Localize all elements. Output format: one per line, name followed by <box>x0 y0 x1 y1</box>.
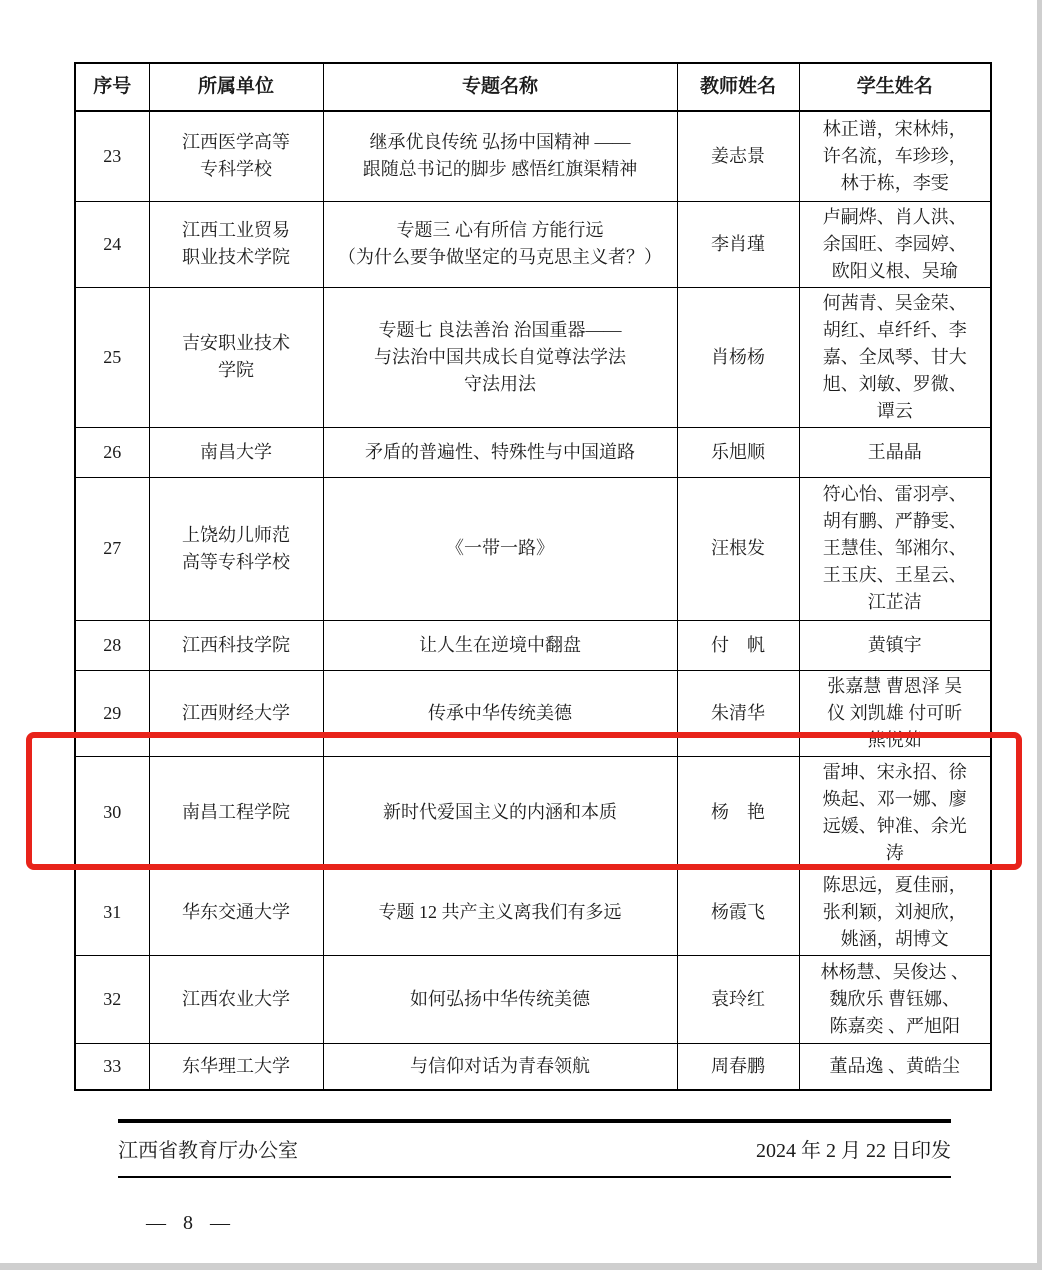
cell-unit: 江西医学高等 专科学校 <box>149 111 323 201</box>
cell-teacher: 付 帆 <box>677 620 799 670</box>
cell-students: 董品逸 、黄皓尘 <box>799 1043 991 1090</box>
table-row: 25 吉安职业技术 学院 专题七 良法善治 治国重器—— 与法治中国共成长自觉尊… <box>75 287 991 427</box>
cell-unit: 东华理工大学 <box>149 1043 323 1090</box>
table-row: 26 南昌大学 矛盾的普遍性、特殊性与中国道路 乐旭顺 王晶晶 <box>75 427 991 477</box>
cell-teacher: 姜志景 <box>677 111 799 201</box>
cell-no: 28 <box>75 620 149 670</box>
page-number: — 8 — <box>146 1212 232 1235</box>
col-header-students: 学生姓名 <box>799 63 991 111</box>
cell-unit: 江西农业大学 <box>149 955 323 1043</box>
cell-unit: 南昌大学 <box>149 427 323 477</box>
col-header-unit: 所属单位 <box>149 63 323 111</box>
cell-unit: 华东交通大学 <box>149 869 323 955</box>
table-row: 31 华东交通大学 专题 12 共产主义离我们有多远 杨霞飞 陈思远，夏佳丽， … <box>75 869 991 955</box>
col-header-no: 序号 <box>75 63 149 111</box>
award-table: 序号 所属单位 专题名称 教师姓名 学生姓名 23 江西医学高等 专科学校 继承… <box>74 62 992 1091</box>
cell-no: 27 <box>75 477 149 620</box>
cell-no: 32 <box>75 955 149 1043</box>
cell-teacher: 肖杨杨 <box>677 287 799 427</box>
table-row: 27 上饶幼儿师范 高等专科学校 《一带一路》 汪根发 符心怡、雷羽亭、 胡有鹏… <box>75 477 991 620</box>
cell-teacher: 袁玲红 <box>677 955 799 1043</box>
footer-rule-thick <box>118 1119 951 1123</box>
cell-no: 25 <box>75 287 149 427</box>
cell-students: 黄镇宇 <box>799 620 991 670</box>
cell-topic: 《一带一路》 <box>323 477 677 620</box>
cell-no: 31 <box>75 869 149 955</box>
cell-no: 24 <box>75 201 149 287</box>
cell-topic: 专题三 心有所信 方能行远 （为什么要争做坚定的马克思主义者？） <box>323 201 677 287</box>
cell-teacher: 李肖瑾 <box>677 201 799 287</box>
table-row: 28 江西科技学院 让人生在逆境中翻盘 付 帆 黄镇宇 <box>75 620 991 670</box>
cell-students: 卢嗣烨、肖人洪、 余国旺、李园婷、 欧阳义根、吴瑜 <box>799 201 991 287</box>
cell-topic: 专题 12 共产主义离我们有多远 <box>323 869 677 955</box>
cell-topic: 与信仰对话为青春领航 <box>323 1043 677 1090</box>
cell-no: 26 <box>75 427 149 477</box>
cell-topic: 让人生在逆境中翻盘 <box>323 620 677 670</box>
cell-unit: 江西科技学院 <box>149 620 323 670</box>
cell-students: 王晶晶 <box>799 427 991 477</box>
cell-students: 何茜青、吴金荣、 胡红、卓纤纤、李 嘉、全凤琴、甘大 旭、刘敏、罗微、 谭云 <box>799 287 991 427</box>
cell-topic: 专题七 良法善治 治国重器—— 与法治中国共成长自觉尊法学法 守法用法 <box>323 287 677 427</box>
cell-unit: 吉安职业技术 学院 <box>149 287 323 427</box>
page-edge-bottom <box>0 1263 1042 1270</box>
cell-students: 陈思远，夏佳丽， 张利颖，刘昶欣， 姚涵，胡博文 <box>799 869 991 955</box>
footer: 江西省教育厅办公室 2024 年 2 月 22 日印发 <box>118 1134 951 1163</box>
cell-teacher: 乐旭顺 <box>677 427 799 477</box>
cell-students: 符心怡、雷羽亭、 胡有鹏、严静雯、 王慧佳、邹湘尔、 王玉庆、王星云、 江芷洁 <box>799 477 991 620</box>
cell-unit: 上饶幼儿师范 高等专科学校 <box>149 477 323 620</box>
cell-teacher: 杨霞飞 <box>677 869 799 955</box>
footer-office: 江西省教育厅办公室 <box>118 1134 298 1163</box>
cell-unit: 江西工业贸易 职业技术学院 <box>149 201 323 287</box>
col-header-teacher: 教师姓名 <box>677 63 799 111</box>
footer-rule-thin <box>118 1176 951 1178</box>
document-page: 序号 所属单位 专题名称 教师姓名 学生姓名 23 江西医学高等 专科学校 继承… <box>0 0 1042 1270</box>
table-header-row: 序号 所属单位 专题名称 教师姓名 学生姓名 <box>75 63 991 111</box>
cell-topic: 如何弘扬中华传统美德 <box>323 955 677 1043</box>
cell-no: 33 <box>75 1043 149 1090</box>
cell-no: 23 <box>75 111 149 201</box>
cell-teacher: 汪根发 <box>677 477 799 620</box>
cell-topic: 继承优良传统 弘扬中国精神 —— 跟随总书记的脚步 感悟红旗渠精神 <box>323 111 677 201</box>
table-row: 24 江西工业贸易 职业技术学院 专题三 心有所信 方能行远 （为什么要争做坚定… <box>75 201 991 287</box>
cell-students: 林杨慧、吴俊达 、 魏欣乐 曹钰娜、 陈嘉奕 、严旭阳 <box>799 955 991 1043</box>
cell-topic: 矛盾的普遍性、特殊性与中国道路 <box>323 427 677 477</box>
table-row: 23 江西医学高等 专科学校 继承优良传统 弘扬中国精神 —— 跟随总书记的脚步… <box>75 111 991 201</box>
cell-students: 林正谱，宋林炜， 许名流，车珍珍， 林于栋，李雯 <box>799 111 991 201</box>
page-edge-right <box>1037 0 1042 1270</box>
cell-teacher: 周春鹏 <box>677 1043 799 1090</box>
red-highlight-box <box>26 732 1022 870</box>
footer-print-date: 2024 年 2 月 22 日印发 <box>756 1134 951 1163</box>
col-header-topic: 专题名称 <box>323 63 677 111</box>
table-row: 32 江西农业大学 如何弘扬中华传统美德 袁玲红 林杨慧、吴俊达 、 魏欣乐 曹… <box>75 955 991 1043</box>
table-row: 33 东华理工大学 与信仰对话为青春领航 周春鹏 董品逸 、黄皓尘 <box>75 1043 991 1090</box>
